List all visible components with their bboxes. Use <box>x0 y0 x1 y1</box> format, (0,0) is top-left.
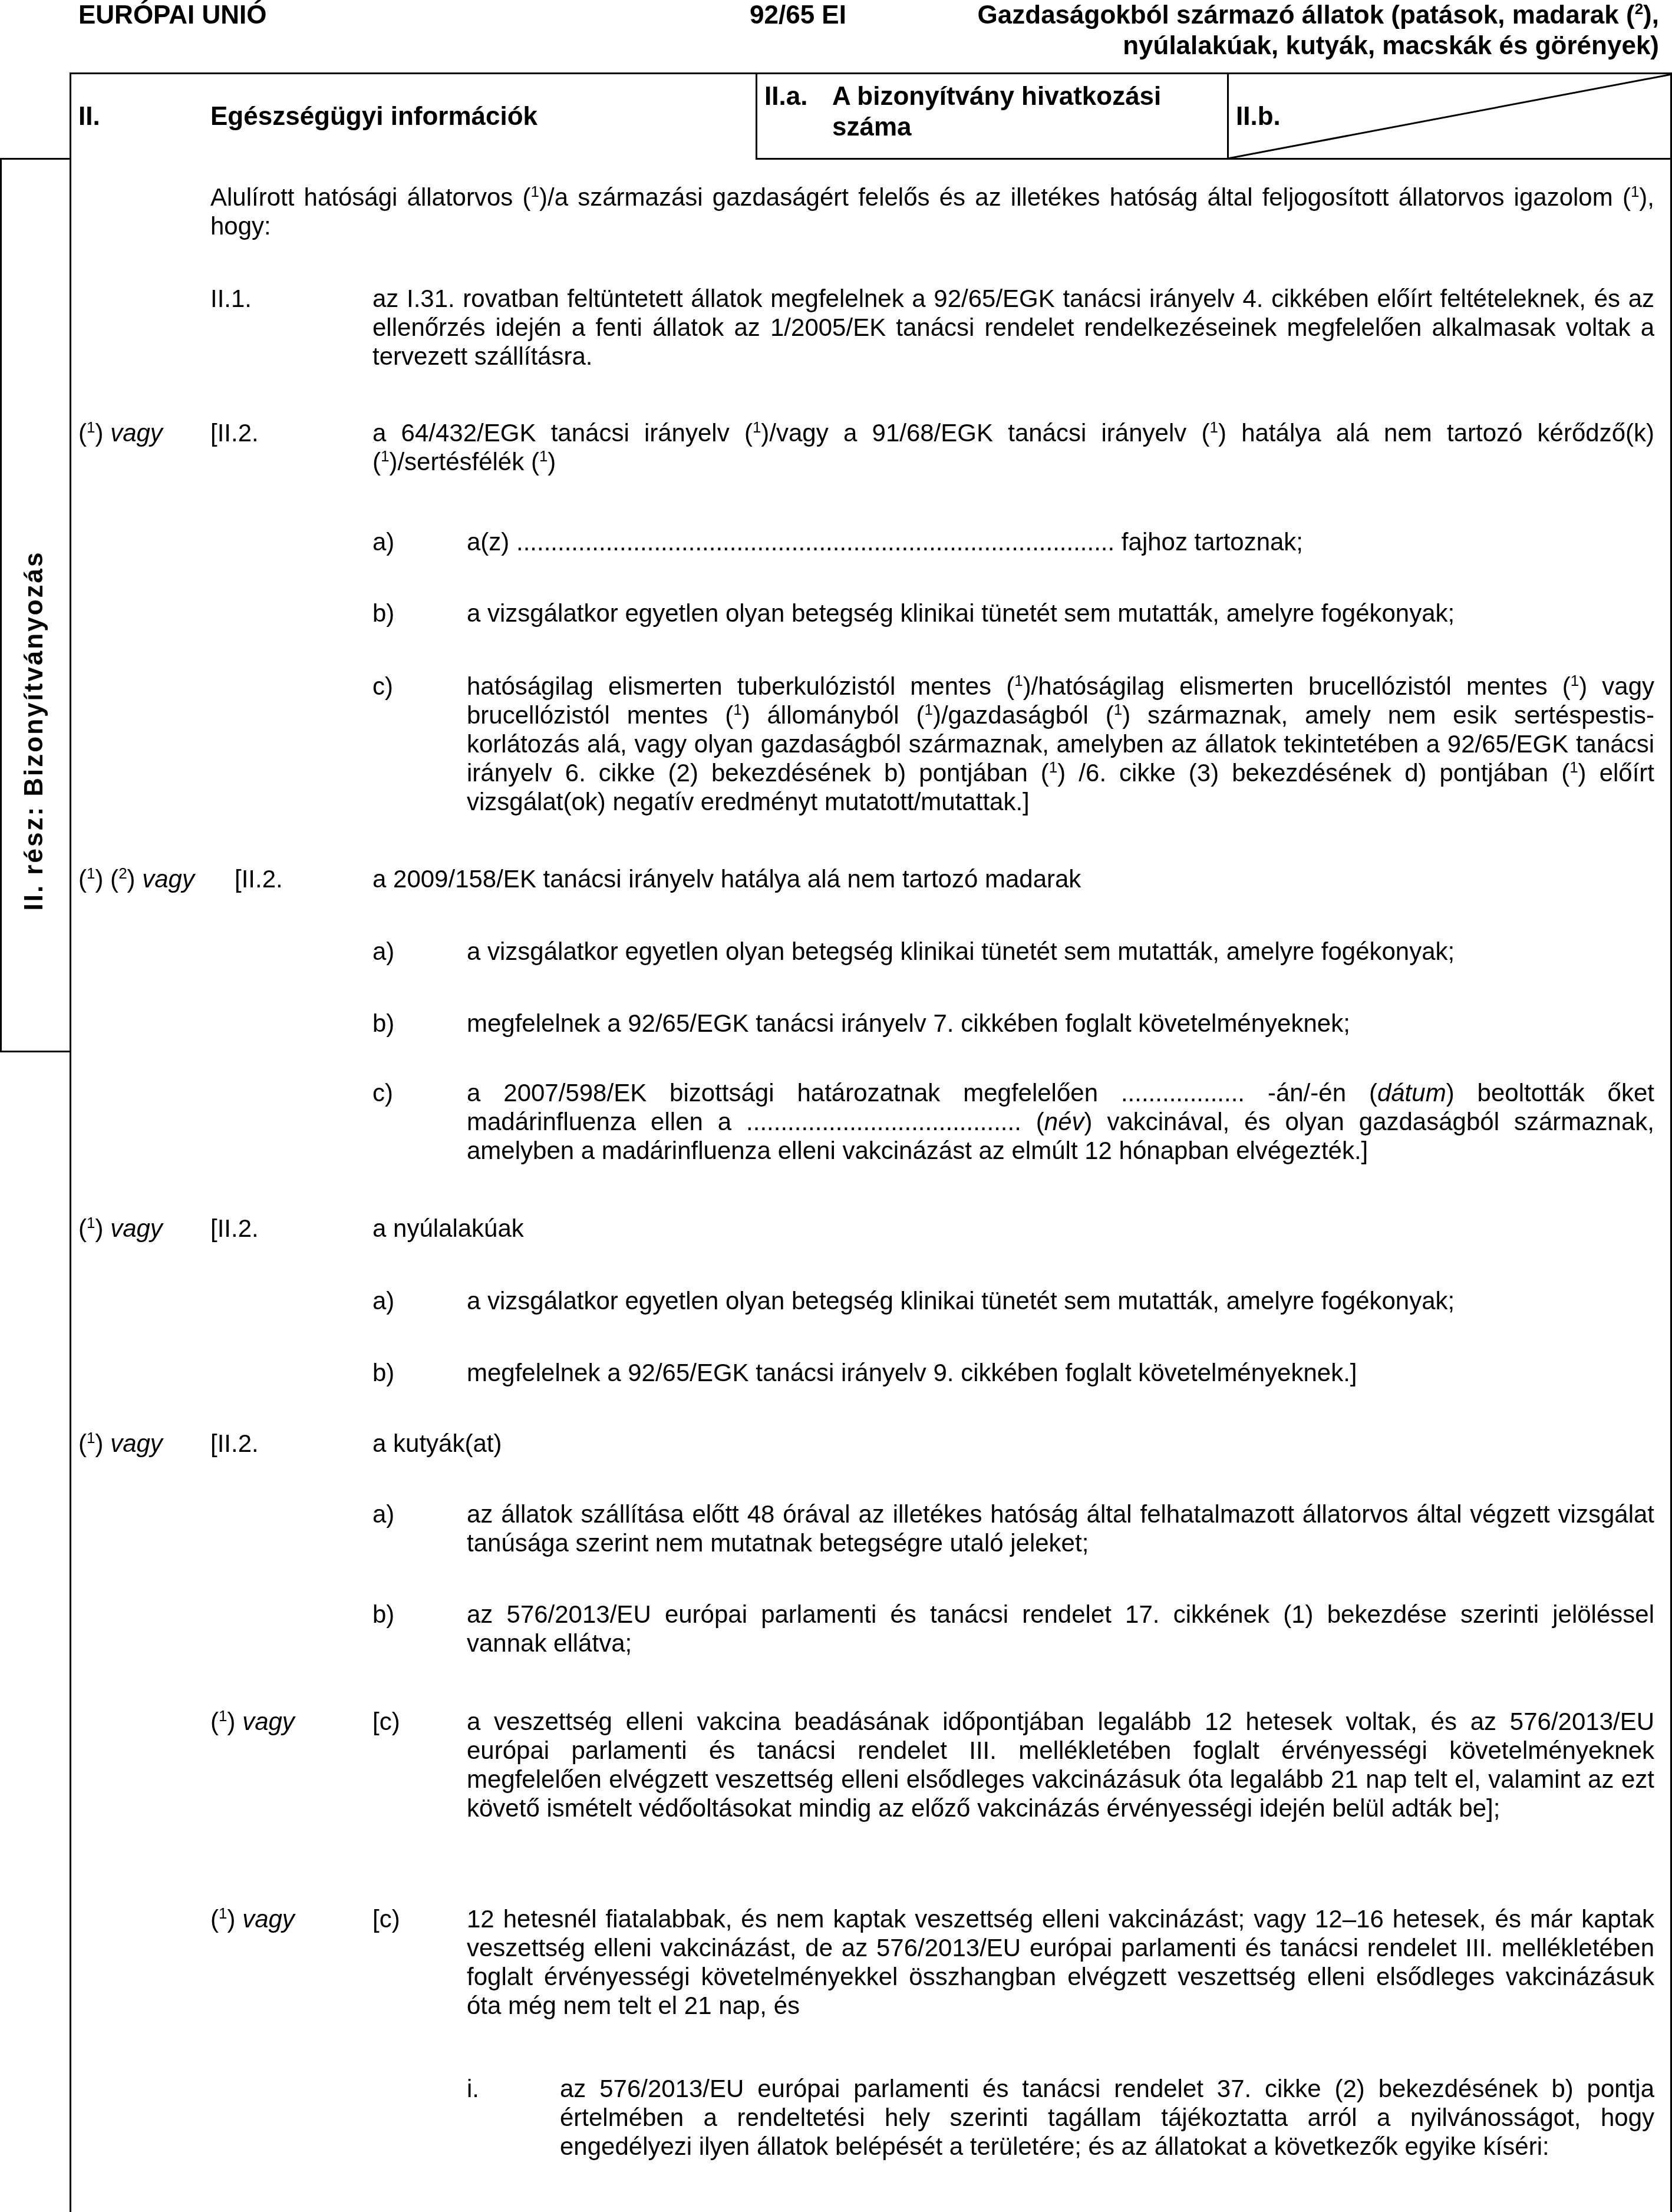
reference-number-field[interactable] <box>1338 82 1515 141</box>
clause-ii2-ruminants-text: a 64/432/EGK tanácsi irányelv (1)/vagy a… <box>372 418 1654 476</box>
dogs-c1-label: [c) <box>372 1707 400 1736</box>
clause-ii1-text: az I.31. rovatban feltüntetett állatok m… <box>372 284 1654 371</box>
section-title: Egészségügyi információk <box>210 101 537 132</box>
sidebar-part-label: II. rész: Bizonyítványozás <box>5 407 64 1055</box>
section-number: II. <box>78 101 100 132</box>
dogs-i-label: i. <box>467 2074 479 2103</box>
certification-intro: Alulírott hatósági állatorvos (1)/a szár… <box>210 183 1654 240</box>
clause-ii2-dogs-number: [II.2. <box>210 1429 259 1458</box>
certificate-code: 92/65 EI <box>750 0 846 31</box>
birds-c-text: a 2007/598/EK bizottsági határozatnak me… <box>467 1078 1654 1165</box>
rabbits-a-label: a) <box>372 1286 394 1315</box>
ruminants-b-label: b) <box>372 599 394 628</box>
birds-a-label: a) <box>372 937 394 966</box>
main-left-border <box>70 72 71 2212</box>
certificate-title: Gazdaságokból származó állatok (patások,… <box>922 0 1659 61</box>
rabbits-b-label: b) <box>372 1358 394 1387</box>
ruminants-a-label: a) <box>372 527 394 556</box>
dogs-c2-text: 12 hetesnél fiatalabbak, és nem kaptak v… <box>467 1904 1654 2020</box>
birds-c-label: c) <box>372 1078 393 1107</box>
org-name: EURÓPAI UNIÓ <box>78 0 266 31</box>
option-marker-dogs-c1: (1) vagy <box>210 1707 295 1736</box>
birds-a-text: a vizsgálatkor egyetlen olyan betegség k… <box>467 937 1455 966</box>
clause-ii1-number: II.1. <box>210 284 252 313</box>
clause-ii2-rabbits-text: a nyúlalakúak <box>372 1214 524 1243</box>
option-marker-birds: (1) (2) vagy <box>78 864 194 893</box>
sidebar-top-border <box>0 158 71 160</box>
reference-number-label: II.a. <box>764 81 807 112</box>
date-field-hint: dátum <box>1377 1079 1446 1107</box>
option-marker-dogs: (1) vagy <box>78 1429 163 1458</box>
option-marker-dogs-c2: (1) vagy <box>210 1904 295 1933</box>
dogs-i-text: az 576/2013/EU európai parlamenti és tan… <box>560 2074 1654 2161</box>
dogs-a-label: a) <box>372 1500 394 1528</box>
dogs-c1-text: a veszettség elleni vakcina beadásának i… <box>467 1707 1654 1823</box>
clause-ii2-rabbits-number: [II.2. <box>210 1214 259 1243</box>
clause-ii2-dogs-text: a kutyák(at) <box>372 1429 502 1458</box>
dogs-c2-label: [c) <box>372 1904 400 1933</box>
clause-ii2-birds-text: a 2009/158/EK tanácsi irányelv hatálya a… <box>372 864 1081 893</box>
header-divider-1 <box>756 72 757 160</box>
iib-label: II.b. <box>1236 101 1281 132</box>
reference-number-title: A bizonyítvány hivatkozási száma <box>832 81 1161 143</box>
option-marker-rabbits: (1) vagy <box>78 1214 163 1243</box>
birds-b-text: megfelelnek a 92/65/EGK tanácsi irányelv… <box>467 1009 1350 1038</box>
ruminants-c-text: hatóságilag elismerten tuberkulózistól m… <box>467 672 1654 816</box>
option-marker-ruminants: (1) vagy <box>78 418 163 447</box>
clause-ii2-birds-number: [II.2. <box>235 864 283 893</box>
vaccine-name-field-hint: név <box>1044 1108 1084 1135</box>
dogs-b-label: b) <box>372 1600 394 1629</box>
ruminants-species-field[interactable]: a(z) ...................................… <box>467 527 1303 556</box>
clause-ii2-ruminants-number: [II.2. <box>210 418 259 447</box>
sidebar-left-border <box>0 158 2 1052</box>
rabbits-a-text: a vizsgálatkor egyetlen olyan betegség k… <box>467 1286 1455 1315</box>
birds-b-label: b) <box>372 1009 394 1038</box>
dogs-b-text: az 576/2013/EU európai parlamenti és tan… <box>467 1600 1654 1658</box>
dogs-a-text: az állatok szállítása előtt 48 órával az… <box>467 1500 1654 1557</box>
ruminants-c-label: c) <box>372 672 393 701</box>
rabbits-b-text: megfelelnek a 92/65/EGK tanácsi irányelv… <box>467 1358 1357 1387</box>
ruminants-b-text: a vizsgálatkor egyetlen olyan betegség k… <box>467 599 1455 628</box>
